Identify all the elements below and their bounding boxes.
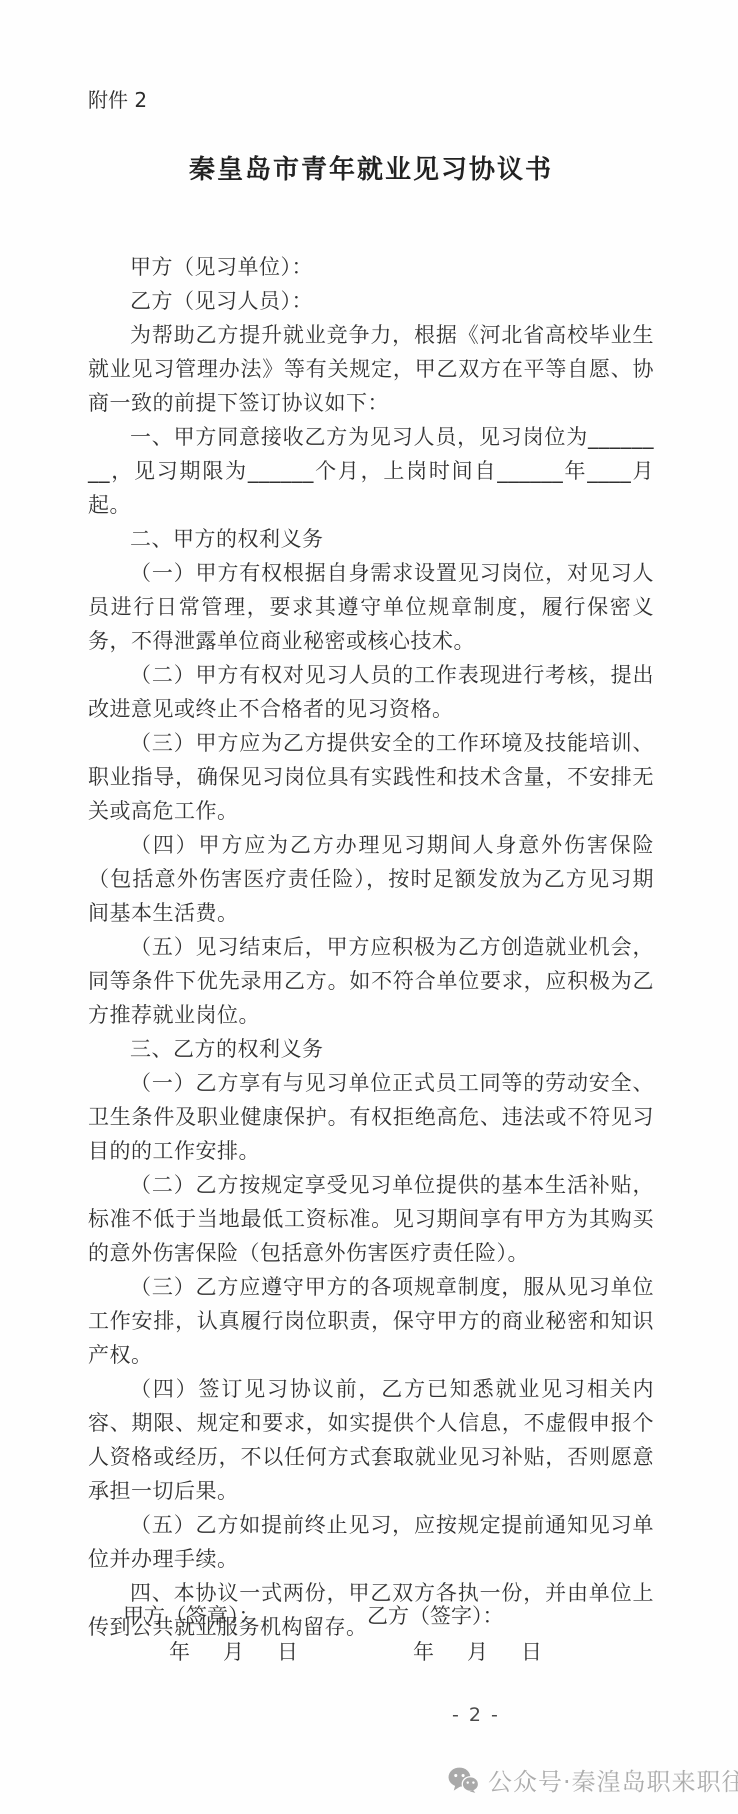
paragraph-line: （三）乙方应遵守甲方的各项规章制度，服从见习单位工作安排，认真履行岗位职责，保守… (88, 1270, 654, 1372)
paragraph-line: （五）见习结束后，甲方应积极为乙方创造就业机会，同等条件下优先录用乙方。如不符合… (88, 930, 654, 1032)
paragraph-line: 甲方（见习单位）： (88, 250, 654, 284)
paragraph-line: （二）乙方按规定享受见习单位提供的基本生活补贴，标准不低于当地最低工资标准。见习… (88, 1168, 654, 1270)
page-number: - 2 - (452, 1704, 500, 1726)
wechat-watermark: 公众号·秦湟岛职来职往 (448, 1762, 738, 1797)
paragraph-line: （二）甲方有权对见习人员的工作表现进行考核，提出改进意见或终止不合格者的见习资格… (88, 658, 654, 726)
paragraph-line: （四）签订见习协议前，乙方已知悉就业见习相关内容、期限、规定和要求，如实提供个人… (88, 1372, 654, 1508)
paragraph-line: （四）甲方应为乙方办理见习期间人身意外伤害保险（包括意外伤害医疗责任险），按时足… (88, 828, 654, 930)
party-b-signature-label: 乙方（签字）： (367, 1601, 627, 1631)
paragraph-line: （一）甲方有权根据自身需求设置见习岗位，对见习人员进行日常管理，要求其遵守单位规… (88, 556, 654, 658)
watermark-text: 公众号·秦湟岛职来职往 (488, 1762, 738, 1797)
paragraph-line: 三、乙方的权利义务 (88, 1032, 654, 1066)
paragraph-line: （三）甲方应为乙方提供安全的工作环境及技能培训、职业指导，确保见习岗位具有实践性… (88, 726, 654, 828)
paragraph-line: 二、甲方的权利义务 (88, 522, 654, 556)
document-page: 附件 2 秦皇岛市青年就业见习协议书 甲方（见习单位）：乙方（见习人员）：为帮助… (0, 0, 738, 1814)
party-a-date-line: 年 月 日 (123, 1637, 367, 1667)
document-body: 甲方（见习单位）：乙方（见习人员）：为帮助乙方提升就业竞争力，根据《河北省高校毕… (88, 250, 654, 1644)
paragraph-line: （五）乙方如提前终止见习，应按规定提前通知见习单位并办理手续。 (88, 1508, 654, 1576)
party-a-signature-label: 甲方（签章）： (123, 1601, 367, 1631)
signature-party-b: 乙方（签字）： 年 月 日 (367, 1601, 627, 1667)
paragraph-line: （一）乙方享有与见习单位正式员工同等的劳动安全、卫生条件及职业健康保护。有权拒绝… (88, 1066, 654, 1168)
signature-block: 甲方（签章）： 年 月 日 乙方（签字）： 年 月 日 (123, 1601, 663, 1667)
signature-party-a: 甲方（签章）： 年 月 日 (123, 1601, 367, 1667)
paragraph-line: 为帮助乙方提升就业竞争力，根据《河北省高校毕业生就业见习管理办法》等有关规定，甲… (88, 318, 654, 420)
paragraph-line: 乙方（见习人员）： (88, 284, 654, 318)
attachment-label: 附件 2 (88, 88, 654, 112)
document-content: 附件 2 秦皇岛市青年就业见习协议书 甲方（见习单位）：乙方（见习人员）：为帮助… (88, 88, 654, 1644)
wechat-icon (448, 1767, 479, 1793)
party-b-date-line: 年 月 日 (367, 1637, 627, 1667)
paragraph-line: 一、甲方同意接收乙方为见习人员，见习岗位为________，见习期限为_____… (88, 420, 654, 522)
document-title: 秦皇岛市青年就业见习协议书 (88, 152, 654, 188)
